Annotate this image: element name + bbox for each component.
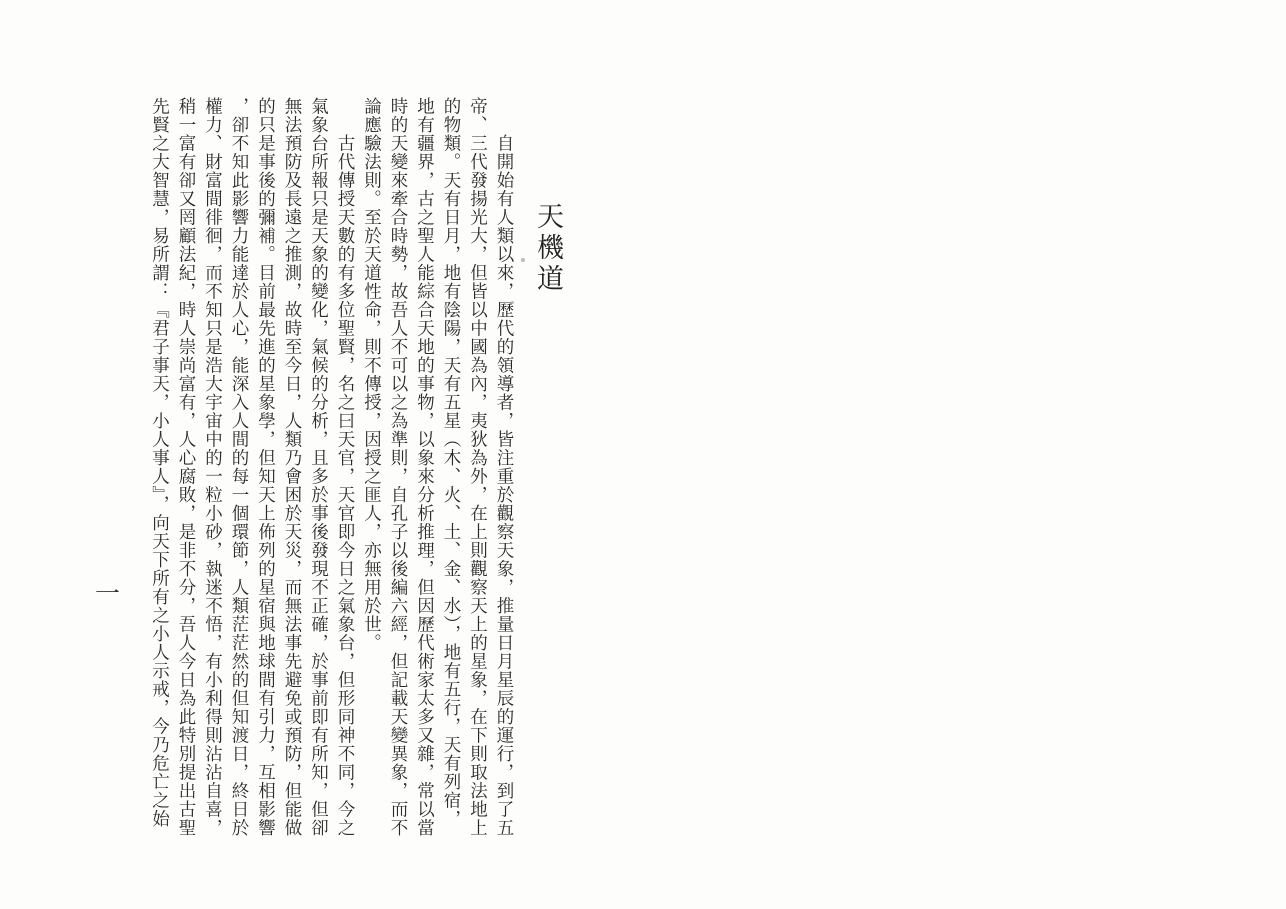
text-column: ，卻不知此影響力能達於人心，能深入人間的每一個環節，人類茫茫然的但知渡日，終日於	[227, 97, 254, 839]
text-column: 時的天變來牽合時勢，故吾人不可以之為準則，自孔子以後編六經，但記載天變異象，而不	[386, 97, 413, 839]
text-column: 自開始有人類以來，歷代的領導者，皆注重於觀察天象，推量日月星辰的運行，到了五	[492, 97, 519, 839]
scanned-page: 天機道 自開始有人類以來，歷代的領導者，皆注重於觀察天象，推量日月星辰的運行，到…	[0, 0, 1286, 909]
text-column: 的只是事後的彌補。目前最先進的星象學，但知天上佈列的星宿與地球間有引力，互相影響	[253, 97, 280, 839]
text-column: 的物類。天有日月，地有陰陽，天有五星（木、火、土、金、水），地有五行，天有列宿，	[439, 97, 466, 839]
text-column: 先賢之大智慧，易所謂：『君子事天，小人事人』，向天下所有之小人示戒，今乃危亡之始	[147, 97, 174, 839]
page-title: 天機道	[529, 202, 568, 295]
text-column: 論應驗法則。至於天道性命，則不傳授，因授之匪人，亦無用於世。	[359, 97, 386, 839]
text-column: 氣象台所報只是天象的變化，氣候的分析，且多於事後發現不正確，於事前即有所知，但卻	[306, 97, 333, 839]
text-column: 地有疆界，古之聖人能綜合天地的事物，以象來分析推理，但因歷代術家太多又雜，常以當	[412, 97, 439, 839]
scan-speck	[444, 305, 447, 308]
text-column: 古代傳授天數的有多位聖賢，名之曰天官，天官即今日之氣象台，但形同神不同，今之	[333, 97, 360, 839]
body-text-block: 自開始有人類以來，歷代的領導者，皆注重於觀察天象，推量日月星辰的運行，到了五 帝…	[146, 97, 518, 841]
text-column: 權力、財富間徘徊，而不知只是浩大宇宙中的一粒小砂，執迷不悟，有小利得則沾沾自喜，	[200, 97, 227, 839]
text-column: 無法預防及長遠之推測，故時至今日，人類乃會困於天災，而無法事先避免或預防，但能做	[280, 97, 307, 839]
scan-speck	[521, 258, 525, 262]
page-number-mark: 一	[95, 574, 120, 610]
scan-speck	[511, 301, 514, 304]
text-column: 帝、三代發揚光大，但皆以中國為內，夷狄為外，在上則觀察天上的星象，在下則取法地上	[465, 97, 492, 839]
text-column: 稍一富有卻又罔顧法紀，時人崇尚富有，人心腐敗，是非不分，吾人今日為此特別提出古聖	[174, 97, 201, 839]
